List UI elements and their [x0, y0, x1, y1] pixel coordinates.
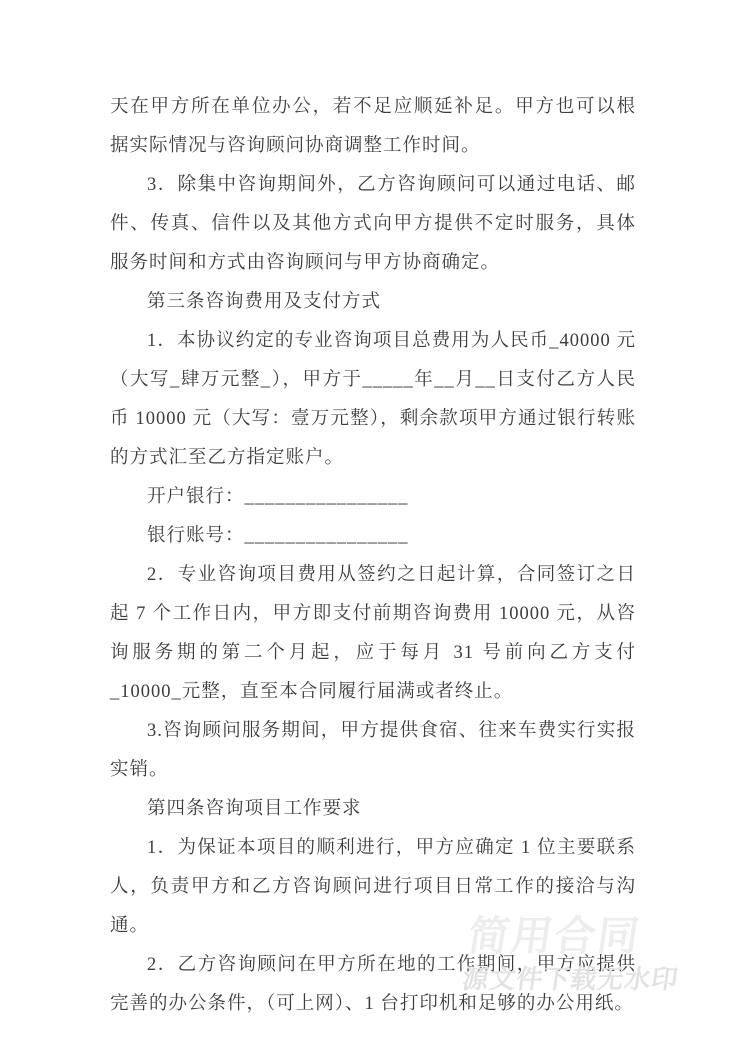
contract-paragraph: 3．除集中咨询期间外，乙方咨询顾问可以通过电话、邮件、传真、信件以及其他方式向甲…	[110, 166, 636, 283]
bank-account-blank-line: 银行账号：________________	[110, 517, 636, 556]
contract-section-heading: 第四条咨询项目工作要求	[110, 790, 636, 829]
contract-paragraph: 1．本协议约定的专业咨询项目总费用为人民币_40000 元（大写_肆万元整_），…	[110, 322, 636, 478]
contract-paragraph: 2．乙方咨询顾问在甲方所在地的工作期间，甲方应提供完善的办公条件，（可上网）、1…	[110, 946, 636, 1024]
contract-paragraph: 2．专业咨询项目费用从签约之日起计算，合同签订之日起 7 个工作日内，甲方即支付…	[110, 556, 636, 712]
contract-paragraph: 3.咨询顾问服务期间，甲方提供食宿、往来车费实行实报实销。	[110, 712, 636, 790]
document-page: 天在甲方所在单位办公，若不足应顺延补足。甲方也可以根据实际情况与咨询顾问协商调整…	[0, 0, 742, 1049]
contract-text-body: 天在甲方所在单位办公，若不足应顺延补足。甲方也可以根据实际情况与咨询顾问协商调整…	[110, 88, 636, 1024]
contract-section-heading: 第三条咨询费用及支付方式	[110, 283, 636, 322]
bank-name-blank-line: 开户银行：________________	[110, 478, 636, 517]
contract-paragraph: 1．为保证本项目的顺利进行，甲方应确定 1 位主要联系人，负责甲方和乙方咨询顾问…	[110, 829, 636, 946]
contract-paragraph: 天在甲方所在单位办公，若不足应顺延补足。甲方也可以根据实际情况与咨询顾问协商调整…	[110, 88, 636, 166]
